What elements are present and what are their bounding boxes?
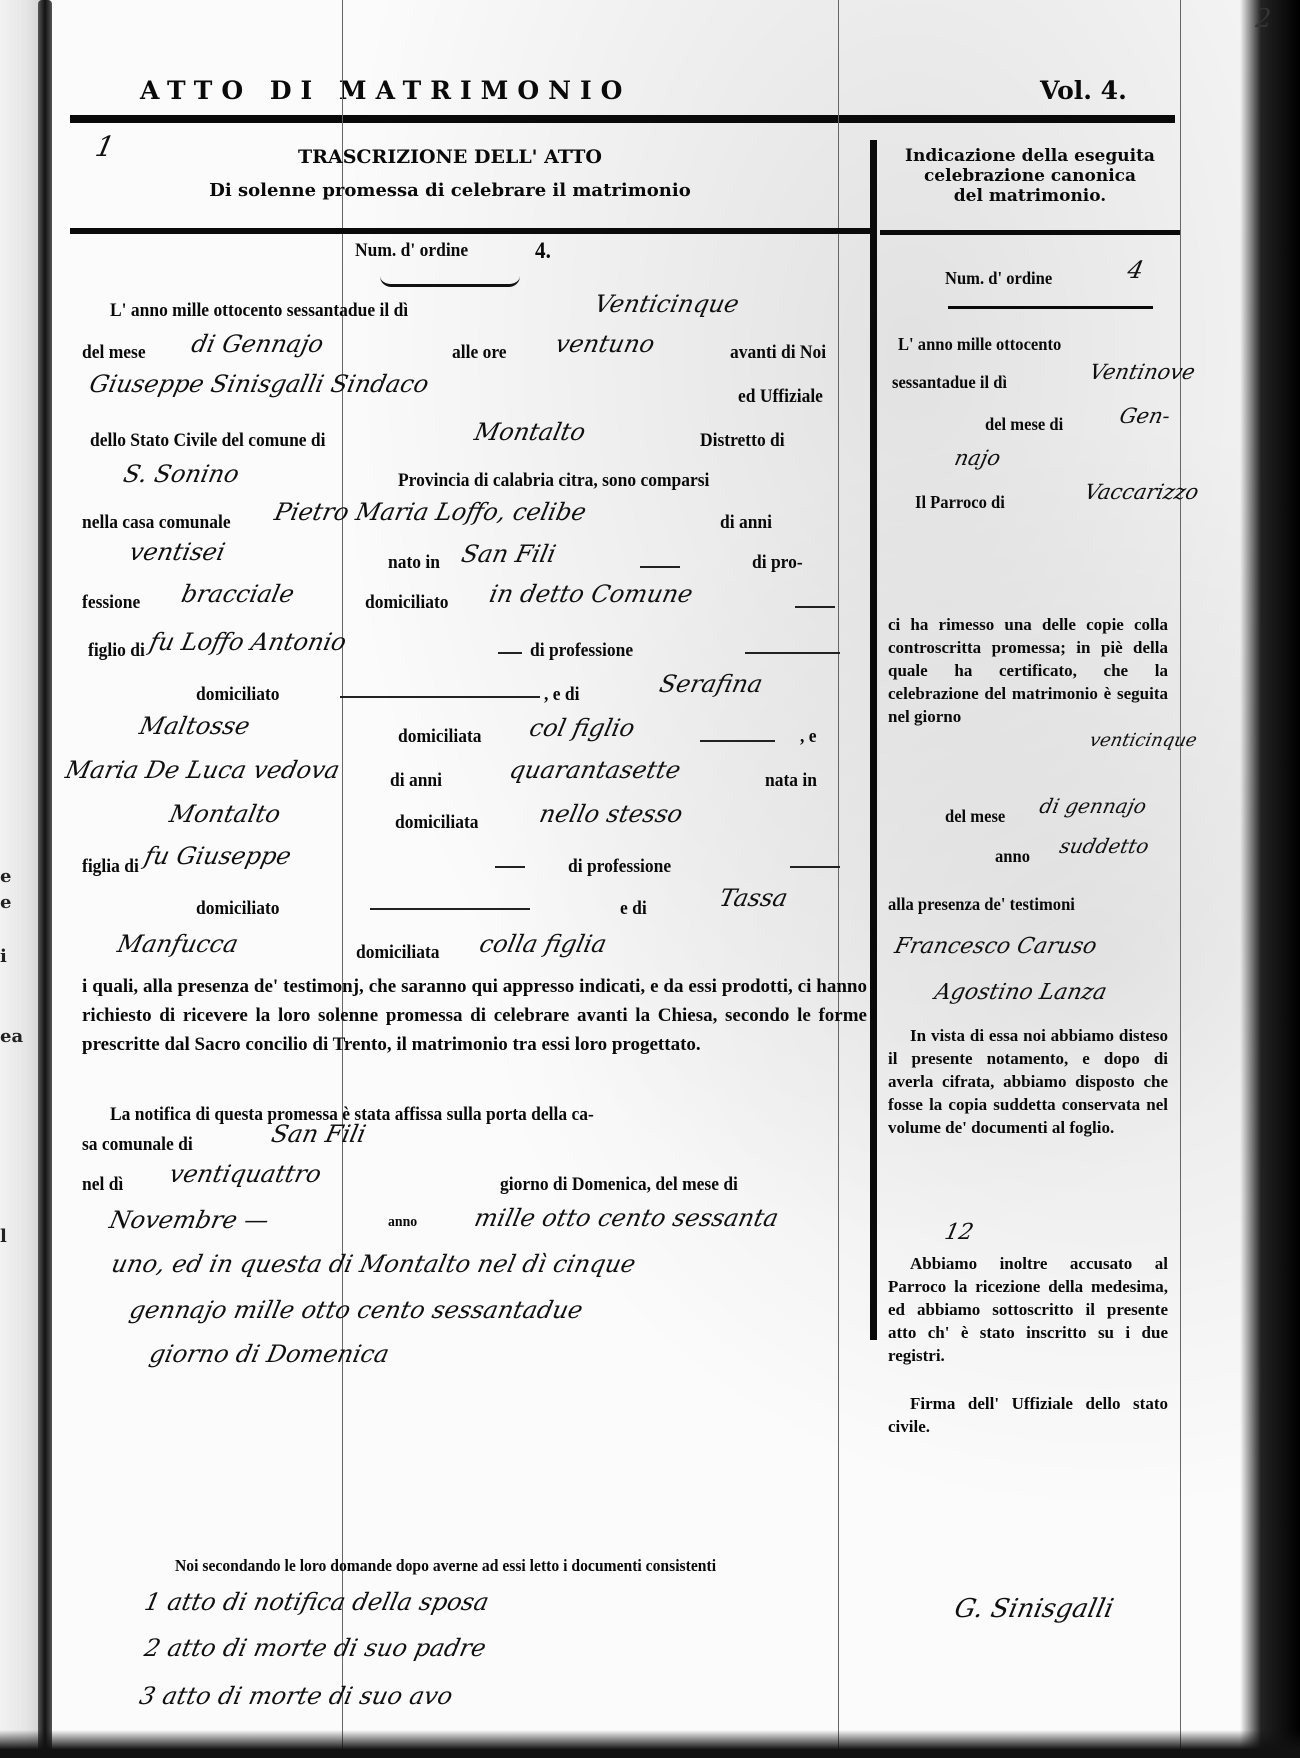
handwritten-place: San Fili — [269, 1120, 368, 1148]
handwritten-domicile: col figlio — [527, 714, 637, 742]
document-list-item: 1 atto di notifica della sposa — [142, 1588, 491, 1616]
page-edge-shadow — [1240, 0, 1300, 1758]
handwritten-year: mille otto cento sessanta — [472, 1204, 781, 1232]
handwritten-mother: Serafina — [657, 670, 765, 698]
handwritten-father: fu Loffo Antonio — [147, 628, 349, 656]
header-rule — [70, 115, 1175, 123]
handwritten-witness: Agostino Lanza — [932, 980, 1109, 1005]
handwritten-birthplace: Montalto — [167, 800, 283, 828]
side-heading-line: celebrazione canonica — [880, 166, 1180, 186]
printed-text: del mese di — [985, 414, 1063, 435]
handwritten-month: Novembre — — [107, 1206, 272, 1234]
blank-line — [495, 866, 525, 868]
handwritten-month: najo — [952, 446, 1002, 470]
handwritten-domicile: in detto Comune — [487, 580, 695, 608]
side-order-number: 4 — [1125, 256, 1146, 284]
printed-text: , e — [800, 726, 817, 748]
side-heading: Indicazione della eseguita celebrazione … — [880, 146, 1180, 206]
printed-text: dello Stato Civile del comune di — [90, 430, 326, 452]
side-order-rule — [948, 306, 1153, 309]
handwritten-officer: Giuseppe Sinisgalli Sindaco — [87, 370, 431, 398]
side-heading-line: del matrimonio. — [880, 186, 1180, 206]
brace-ornament — [380, 276, 520, 287]
printed-text: e di — [620, 898, 647, 920]
handwritten-note: uno, ed in questa di Montalto nel dì cin… — [109, 1250, 638, 1278]
adjacent-page-letter: e — [0, 866, 11, 887]
handwritten-month: di Gennajo — [189, 330, 326, 358]
adjacent-page-letter: i — [0, 946, 7, 967]
order-number: 4. — [535, 238, 551, 264]
printed-text: del mese — [945, 806, 1005, 827]
book-spine — [38, 0, 52, 1758]
printed-text: L' anno mille ottocento — [898, 334, 1061, 355]
printed-text: di anni — [720, 512, 772, 534]
side-acknowledgement-paragraph: Abbiamo inoltre accusato al Parroco la r… — [888, 1252, 1168, 1367]
handwritten-month: Gen- — [1117, 404, 1172, 428]
printed-text: L' anno mille ottocento sessantadue il d… — [110, 300, 408, 322]
handwritten-father: fu Giuseppe — [142, 842, 294, 870]
printed-text: domiciliata — [356, 942, 440, 964]
side-heading-rule — [880, 230, 1180, 235]
promise-paragraph: i quali, alla presenza de' testimonj, ch… — [82, 972, 867, 1059]
handwritten-folio: 12 — [942, 1220, 975, 1245]
handwritten-age: quarantasette — [507, 756, 683, 784]
printed-text: di anni — [390, 770, 442, 792]
handwritten-district: S. Sonino — [121, 460, 242, 488]
blank-line — [370, 908, 530, 910]
printed-text: domiciliato — [196, 684, 280, 706]
document-list-item: 3 atto di morte di suo avo — [137, 1682, 455, 1710]
printed-text: nata in — [765, 770, 817, 792]
printed-text: Il Parroco di — [915, 492, 1005, 513]
printed-text: Distretto di — [700, 430, 785, 452]
handwritten-day: venticinque — [1088, 730, 1199, 751]
printed-text: nato in — [388, 552, 440, 574]
handwritten-note: giorno di Domenica — [147, 1340, 392, 1368]
blank-line — [700, 740, 775, 742]
printed-text: domiciliato — [196, 898, 280, 920]
scan-crease — [838, 0, 839, 1758]
printed-text: sa comunale di — [82, 1134, 193, 1156]
handwritten-profession: bracciale — [179, 580, 297, 608]
document-list-item: 2 atto di morte di suo padre — [142, 1634, 489, 1662]
side-certification-paragraph: ci ha rimesso una delle copie colla cont… — [888, 613, 1168, 728]
handwritten-age: ventisei — [127, 538, 228, 566]
adjacent-page-letter: ea — [0, 1026, 23, 1047]
page-number: 2 — [1255, 4, 1272, 34]
blank-line — [745, 652, 840, 654]
printed-text: alle ore — [452, 342, 507, 364]
printed-text: di pro- — [752, 552, 803, 574]
printed-text: giorno di Domenica, del mese di — [500, 1174, 738, 1196]
printed-text: domiciliato — [365, 592, 449, 614]
handwritten-domicile: colla figlia — [477, 930, 609, 958]
section-subheading: Di solenne promessa di celebrare il matr… — [160, 180, 740, 201]
order-label: Num. d' ordine — [355, 240, 468, 262]
handwritten-day: Ventinove — [1087, 360, 1197, 384]
document-title: ATTO DI MATRIMONIO — [140, 76, 631, 105]
printed-text: del mese — [82, 342, 146, 364]
printed-text: avanti di Noi — [730, 342, 826, 364]
page-bottom-shadow — [0, 1730, 1300, 1758]
blank-line — [795, 606, 835, 608]
scanned-document-page: e e i ea l 2 ATTO DI MATRIMONIO Vol. 4. … — [0, 0, 1300, 1758]
handwritten-day: ventiquattro — [167, 1160, 324, 1188]
margin-mark: 1 — [92, 130, 117, 163]
handwritten-domicile: nello stesso — [537, 800, 685, 828]
handwritten-commune: Montalto — [472, 418, 588, 446]
handwritten-witness: Francesco Caruso — [892, 934, 1099, 959]
printed-text: , e di — [544, 684, 579, 706]
side-registration-paragraph: In vista di essa noi abbiamo disteso il … — [888, 1024, 1168, 1139]
official-signature: G. Sinisgalli — [952, 1594, 1116, 1624]
side-heading-line: Indicazione della eseguita — [880, 146, 1180, 166]
scan-crease — [342, 0, 343, 1758]
adjacent-page-letter: e — [0, 892, 11, 913]
handwritten-surname: Maltosse — [137, 712, 252, 740]
printed-text: figlio di — [88, 640, 145, 662]
printed-text: nella casa comunale — [82, 512, 231, 534]
handwritten-bride: Maria De Luca vedova — [63, 756, 342, 784]
blank-line — [790, 866, 840, 868]
scan-crease — [1180, 0, 1181, 1758]
printed-text: anno — [995, 846, 1030, 867]
handwritten-groom: Pietro Maria Loffo, celibe — [272, 498, 589, 526]
blank-line — [340, 696, 540, 698]
handwritten-surname: Manfucca — [115, 930, 241, 958]
column-divider — [870, 140, 877, 1340]
side-order-label: Num. d' ordine — [945, 268, 1052, 289]
printed-text: di professione — [568, 856, 671, 878]
printed-text: fessione — [82, 592, 140, 614]
footer-text: Noi secondando le loro domande dopo aver… — [175, 1556, 716, 1576]
handwritten-note: gennajo mille otto cento sessantadue — [127, 1296, 585, 1324]
handwritten-year: suddetto — [1057, 834, 1151, 858]
printed-text: domiciliata — [395, 812, 479, 834]
handwritten-parish: Vaccarizzo — [1082, 480, 1200, 504]
section-heading: TRASCRIZIONE DELL' ATTO — [160, 146, 740, 168]
printed-text: domiciliata — [398, 726, 482, 748]
volume-label: Vol. 4. — [1040, 76, 1127, 105]
printed-text: sessantadue il dì — [892, 372, 1007, 393]
printed-text: figlia di — [82, 856, 139, 878]
printed-text: alla presenza de' testimoni — [888, 894, 1075, 915]
handwritten-birthplace: San Fili — [459, 540, 558, 568]
printed-text: di professione — [530, 640, 633, 662]
handwritten-month: di gennajo — [1037, 794, 1148, 818]
printed-text: nel dì — [82, 1174, 123, 1196]
printed-text: anno — [388, 1214, 417, 1231]
handwritten-hour: ventuno — [553, 330, 657, 358]
blank-line — [498, 652, 522, 654]
printed-text: ed Uffiziale — [738, 386, 823, 408]
adjacent-page-letter: l — [0, 1226, 7, 1247]
heading-rule — [70, 228, 870, 234]
handwritten-mother: Tassa — [717, 884, 790, 912]
printed-text: Provincia di calabria citra, sono compar… — [398, 470, 709, 492]
blank-line — [640, 566, 680, 568]
handwritten-day: Venticinque — [592, 290, 742, 318]
side-signature-label: Firma dell' Uffiziale dello stato civile… — [888, 1392, 1168, 1438]
